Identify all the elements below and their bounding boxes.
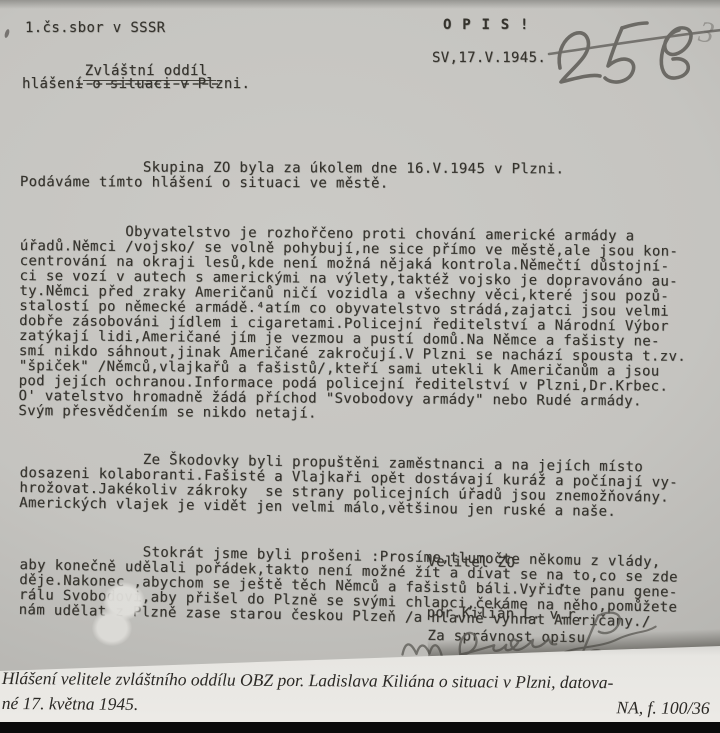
footer-bar — [0, 722, 720, 733]
text-line: Podáváme tímto hlášení o situaci ve měst… — [20, 175, 710, 193]
hole-punch — [92, 610, 132, 646]
caption-line2: né 17. května 1945. — [2, 691, 139, 717]
org-line: 1.čs.sbor v SSSR — [25, 20, 165, 36]
handwritten-number-258 — [546, 8, 720, 92]
commander-title: Velitel ZO — [427, 554, 585, 573]
page: Hlášení velitele zvláštního oddílu OBZ p… — [0, 0, 720, 733]
archive-reference: NA, f. 100/36 — [616, 695, 710, 721]
report-body: Skupina ZO byla za úkolem dne 16.V.1945 … — [20, 128, 710, 650]
paragraph-skodovka: Ze Škodovky byli propuštěni zaměstnanci … — [19, 451, 710, 521]
caption: Hlášení velitele zvláštního oddílu OBZ p… — [2, 666, 710, 721]
paragraph-intro: Skupina ZO byla za úkolem dne 16.V.1945 … — [20, 160, 710, 193]
subject-line: hlášení o situaci v Plzni. — [22, 76, 250, 92]
copy-label: O P I S ! — [443, 17, 530, 33]
date-line: SV,17.V.1945. — [432, 50, 546, 66]
ink-speck — [4, 29, 11, 39]
document-scan: 1.čs.sbor v SSSR Zvláštní oddíl hlášení … — [0, 0, 720, 672]
paragraph-situation: Obyvatelstvo je rozhořčeno proti chování… — [18, 224, 710, 425]
